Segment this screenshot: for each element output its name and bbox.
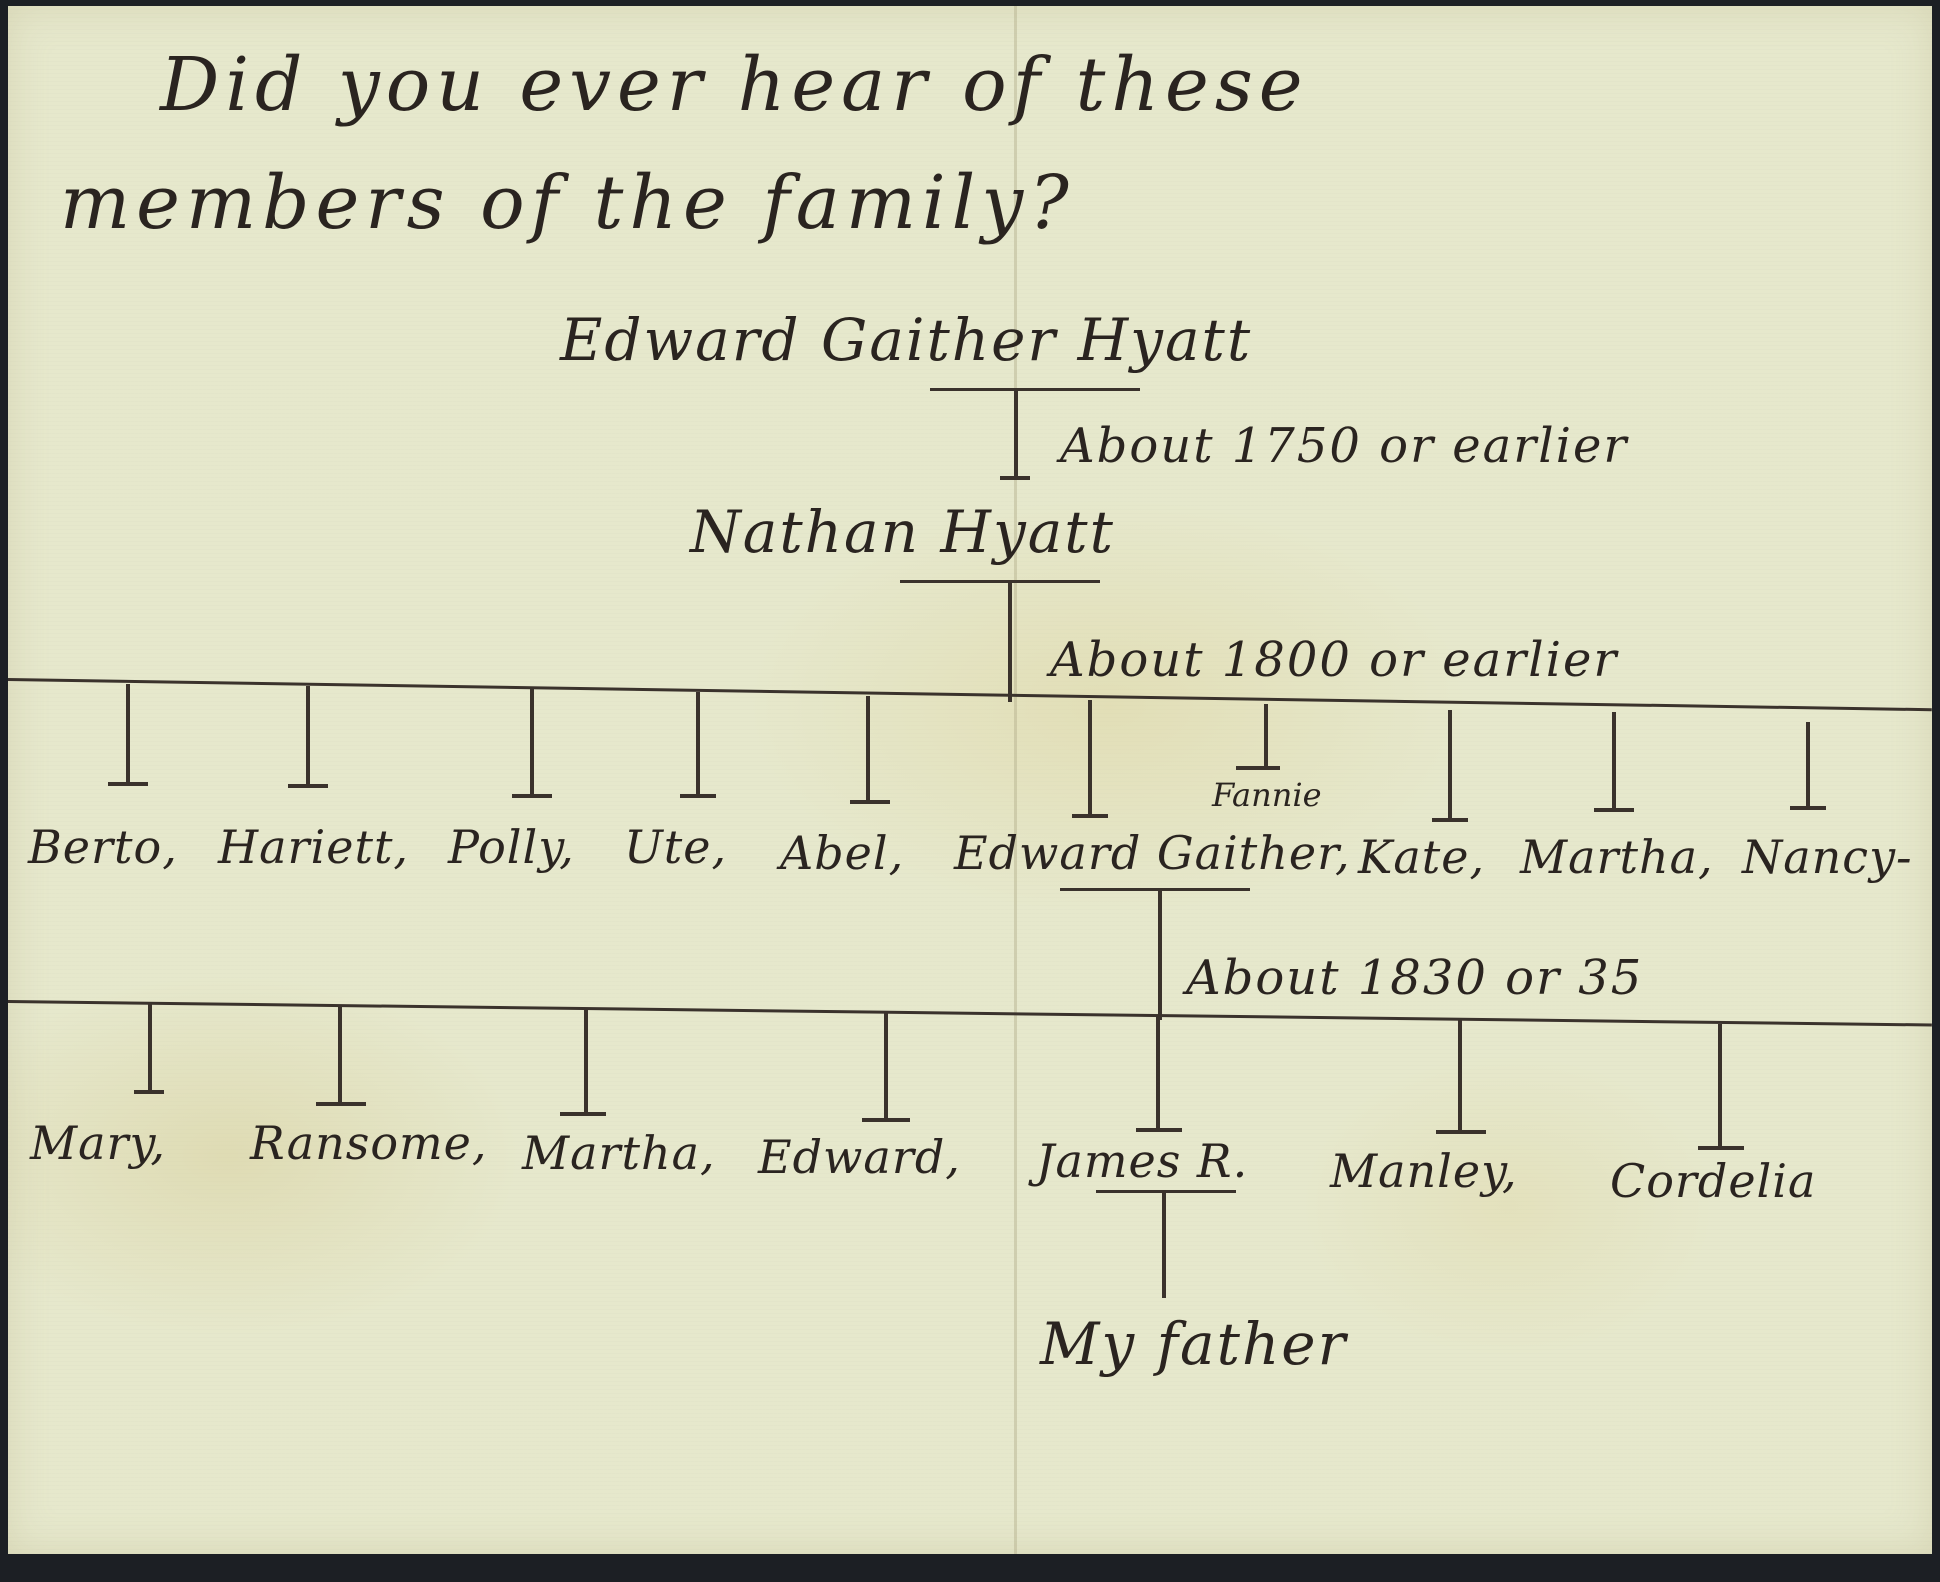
tbar-nancy (1790, 806, 1826, 810)
child-martha-2: Martha, (522, 1126, 716, 1180)
drop-berto (126, 684, 130, 784)
title-line-2: members of the family? (60, 160, 1075, 246)
tbar-polly (512, 794, 552, 798)
child-martha: Martha, (1520, 830, 1714, 884)
tbar-fannie (1236, 766, 1280, 770)
drop-edward-gaither (1088, 700, 1092, 816)
tbar-martha (1594, 808, 1634, 812)
tbar-mary (134, 1090, 164, 1094)
ancestor-edward-gaither-hyatt: Edward Gaither Hyatt (560, 306, 1252, 374)
drop-kate (1448, 710, 1452, 820)
drop-nancy (1806, 722, 1810, 808)
child-cordelia: Cordelia (1610, 1154, 1816, 1208)
gen2-underline (900, 580, 1100, 583)
drop-fannie (1264, 704, 1268, 766)
drop-mary (148, 1002, 152, 1094)
gen3-descent-line (1158, 890, 1162, 1020)
drop-manley (1458, 1020, 1462, 1130)
ancestor-nathan-hyatt: Nathan Hyatt (690, 498, 1115, 566)
child-abel: Abel, (780, 826, 904, 880)
tbar-edward-gaither (1072, 814, 1108, 818)
child-berto: Berto, (28, 820, 178, 874)
child-ute: Ute, (624, 820, 727, 874)
tbar-ransome (316, 1102, 366, 1106)
drop-martha-2 (584, 1010, 588, 1114)
tbar-edward (862, 1118, 910, 1122)
child-manley: Manley, (1330, 1144, 1518, 1198)
gen1-descent-line (1014, 390, 1018, 480)
child-mary: Mary, (30, 1116, 166, 1170)
gen1-date-note: About 1750 or earlier (1060, 418, 1628, 474)
tbar-manley (1436, 1130, 1486, 1134)
drop-cordelia (1718, 1024, 1722, 1148)
drop-martha (1612, 712, 1616, 812)
gen1-tbar (1000, 476, 1030, 480)
tbar-abel (850, 800, 890, 804)
gen3-date-note: About 1830 or 35 (1186, 950, 1643, 1006)
drop-hariett (306, 686, 310, 786)
tbar-ute (680, 794, 716, 798)
edward-gaither-underline (1060, 888, 1250, 891)
title-line-1: Did you ever hear of these (160, 42, 1309, 128)
drop-james-r (1156, 1016, 1160, 1128)
interlinear-fannie: Fannie (1212, 776, 1322, 814)
james-r-underline (1096, 1190, 1236, 1193)
my-father-label: My father (1040, 1310, 1347, 1378)
drop-abel (866, 696, 870, 800)
tbar-martha-2 (560, 1112, 606, 1116)
tbar-cordelia (1698, 1146, 1744, 1150)
child-nancy: Nancy- (1742, 830, 1913, 884)
child-ransome: Ransome, (250, 1116, 488, 1170)
gen4-descent-line (1162, 1192, 1166, 1298)
child-james-r: James R. (1036, 1134, 1248, 1188)
gen2-descent-line (1008, 582, 1012, 702)
child-edward: Edward, (758, 1130, 961, 1184)
tbar-berto (108, 782, 148, 786)
drop-edward (884, 1012, 888, 1120)
child-polly: Polly, (448, 820, 575, 874)
child-edward-gaither: Edward Gaither, (954, 826, 1351, 880)
child-hariett: Hariett, (218, 820, 409, 874)
child-kate: Kate, (1358, 830, 1485, 884)
drop-ransome (338, 1006, 342, 1104)
gen2-date-note: About 1800 or earlier (1050, 632, 1618, 688)
drop-polly (530, 688, 534, 794)
tbar-james-r (1136, 1128, 1182, 1132)
tbar-hariett (288, 784, 328, 788)
tbar-kate (1432, 818, 1468, 822)
gen1-underline (930, 388, 1140, 391)
drop-ute (696, 692, 700, 796)
